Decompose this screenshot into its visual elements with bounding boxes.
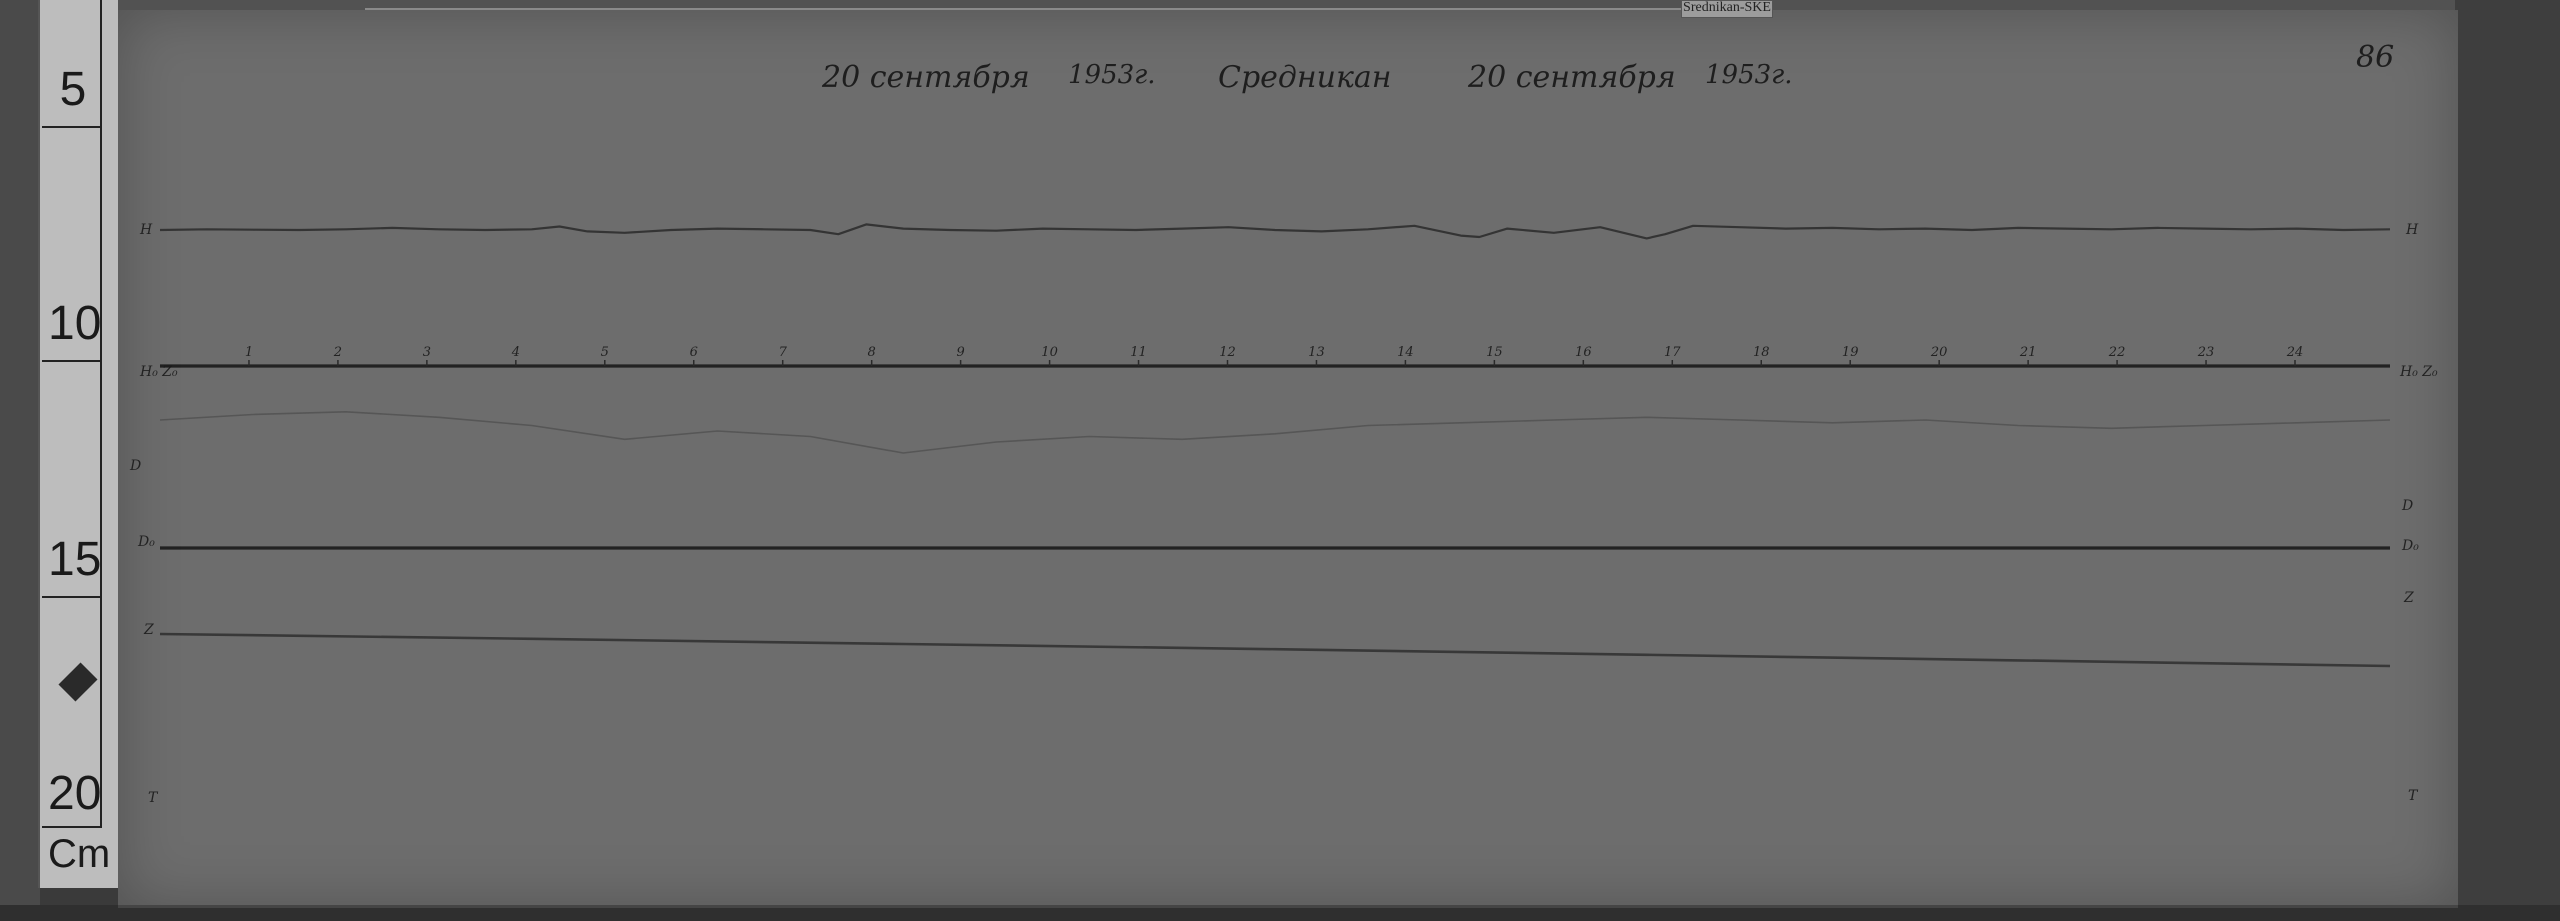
hour-label: 12: [1219, 345, 1236, 360]
trace-z: [160, 634, 2390, 666]
hour-label: 6: [690, 345, 698, 360]
hour-label: 1: [245, 345, 253, 360]
hour-label: 15: [1486, 345, 1503, 360]
hour-label: 24: [2286, 345, 2304, 360]
hour-label: 17: [1664, 345, 1681, 360]
magnetogram-plot: 123456789101112131415161718192021222324: [0, 0, 2560, 921]
hour-label: 13: [1308, 345, 1325, 360]
hour-label: 11: [1130, 345, 1147, 360]
traces: [160, 224, 2390, 666]
hour-ticks: 123456789101112131415161718192021222324: [245, 345, 2303, 366]
hour-label: 20: [1930, 345, 1948, 360]
hour-label: 18: [1753, 345, 1770, 360]
hour-label: 22: [2108, 345, 2126, 360]
hour-label: 10: [1041, 345, 1058, 360]
trace-d: [160, 412, 2390, 453]
hour-label: 8: [868, 345, 876, 360]
hour-label: 19: [1842, 345, 1859, 360]
hour-label: 14: [1397, 345, 1414, 360]
hour-label: 16: [1575, 345, 1592, 360]
hour-label: 23: [2197, 345, 2215, 360]
hour-label: 2: [333, 345, 342, 360]
hour-label: 3: [423, 345, 431, 360]
hour-label: 21: [2019, 345, 2037, 360]
hour-label: 9: [956, 345, 964, 360]
hour-label: 4: [511, 345, 520, 360]
hour-label: 5: [601, 345, 609, 360]
hour-label: 7: [779, 345, 788, 360]
trace-h: [160, 224, 2390, 238]
